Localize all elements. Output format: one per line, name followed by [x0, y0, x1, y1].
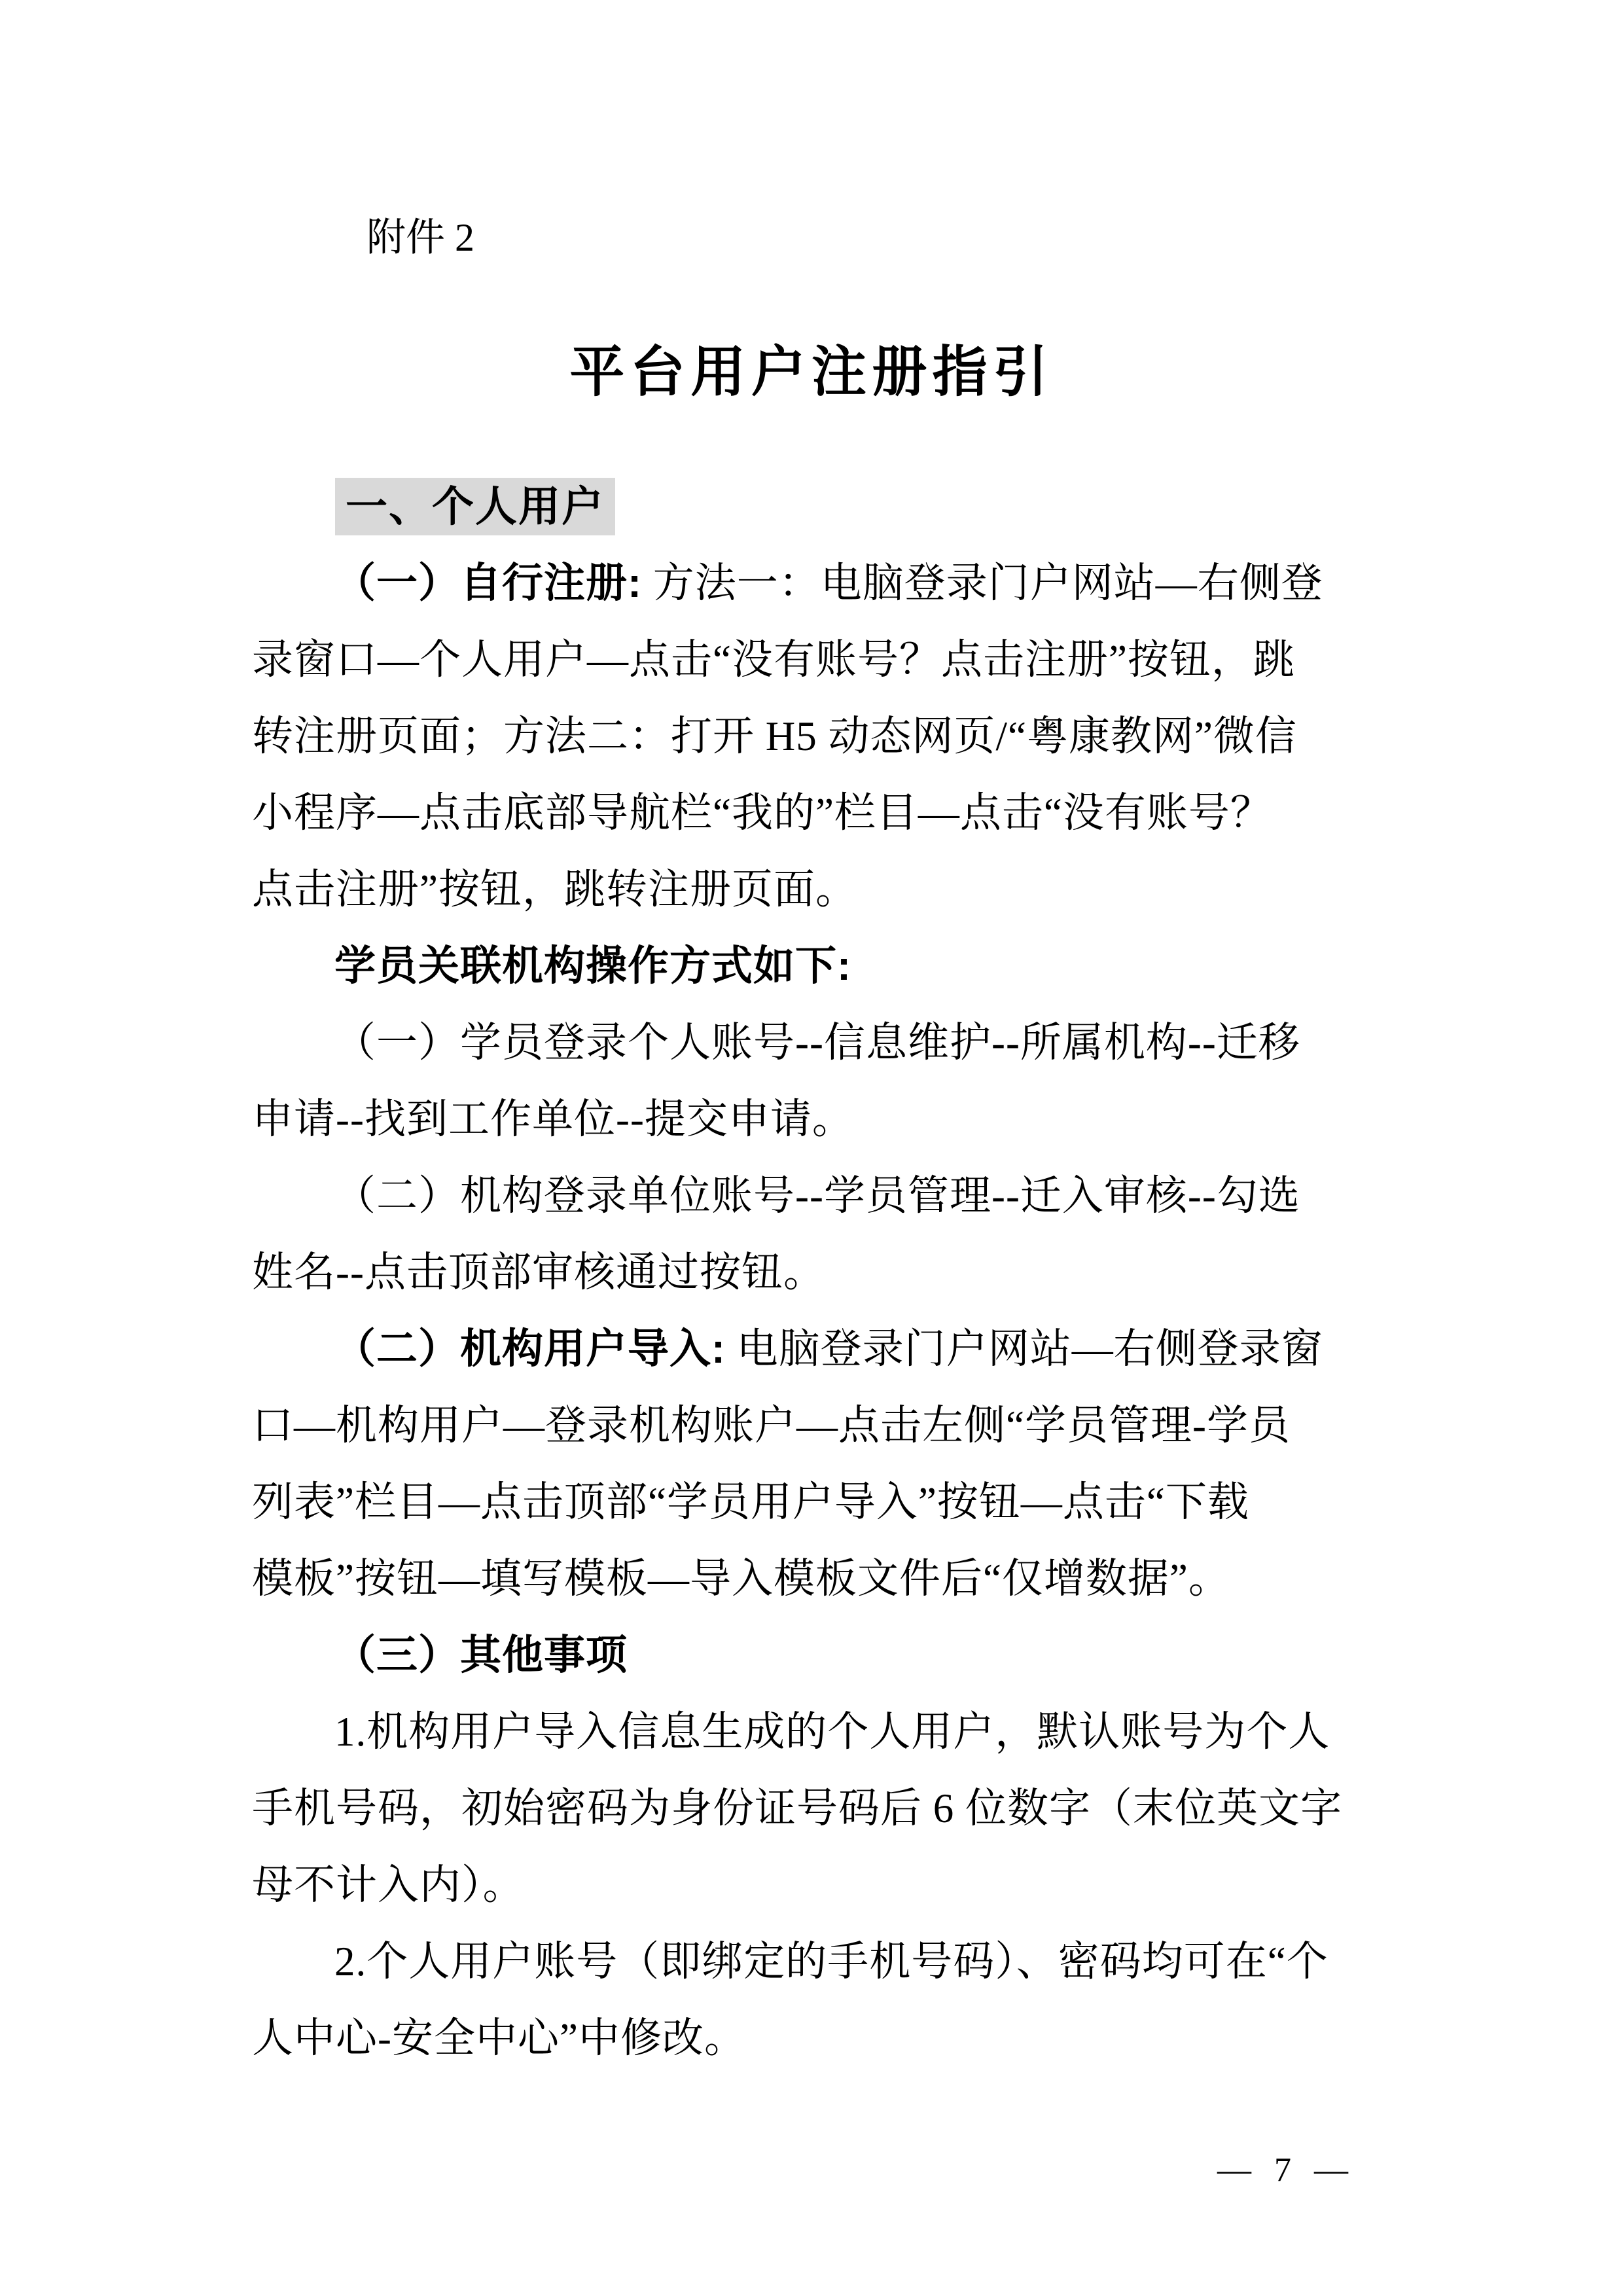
text-run: 模板”按钮—填写模板—导入模板文件后“仅增数据”。: [252, 1556, 1230, 1602]
body-line: 人中心-安全中心”中修改。: [252, 2000, 1423, 2077]
text-run: 方法一：电脑登录门户网站—右侧登: [642, 560, 1323, 606]
body-line: 点击注册”按钮，跳转注册页面。: [252, 852, 1423, 928]
section-heading-highlighted: 一、个人用户: [335, 478, 615, 535]
text-run: 点击注册”按钮，跳转注册页面。: [252, 867, 857, 912]
text-run: 录窗口—个人用户—点击“没有账号？点击注册”按钮，跳: [252, 637, 1295, 683]
text-run: 母不计入内）。: [252, 1862, 525, 1908]
text-run: 转注册页面；方法二：打开 H5 动态网页/“粤康教网”微信: [252, 713, 1297, 759]
text-run: 电脑登录门户网站—右侧登录窗: [726, 1326, 1323, 1372]
body-line: （三）其他事项: [252, 1617, 1423, 1694]
body-line: 列表”栏目—点击顶部“学员用户导入”按钮—点击“下载: [252, 1464, 1423, 1541]
body-line: 母不计入内）。: [252, 1847, 1423, 1924]
body-line: 2.个人用户账号（即绑定的手机号码）、密码均可在“个: [252, 1924, 1423, 2000]
body-line: 模板”按钮—填写模板—导入模板文件后“仅增数据”。: [252, 1541, 1423, 1617]
body-line: 口—机构用户—登录机构账户—点击左侧“学员管理-学员: [252, 1388, 1423, 1464]
bold-run: （三）其他事项: [334, 1632, 628, 1678]
body-line: 申请--找到工作单位--提交申请。: [252, 1081, 1423, 1158]
body-line: （二）机构用户导入: 电脑登录门户网站—右侧登录窗: [252, 1311, 1423, 1388]
text-run: （二）机构登录单位账号--学员管理--迁入审核--勾选: [334, 1173, 1300, 1219]
text-run: 口—机构用户—登录机构账户—点击左侧“学员管理-学员: [252, 1403, 1291, 1448]
bold-run: （二）机构用户导入:: [334, 1326, 726, 1372]
body-line: 手机号码，初始密码为身份证号码后 6 位数字（末位英文字: [252, 1770, 1423, 1847]
text-run: 1.机构用户导入信息生成的个人用户，默认账号为个人: [334, 1709, 1330, 1755]
body-line: （二）机构登录单位账号--学员管理--迁入审核--勾选: [252, 1158, 1423, 1234]
body-line: 转注册页面；方法二：打开 H5 动态网页/“粤康教网”微信: [252, 698, 1423, 775]
text-run: 列表”栏目—点击顶部“学员用户导入”按钮—点击“下载: [252, 1479, 1249, 1525]
document-title: 平台用户注册指引: [0, 338, 1623, 408]
body-line: 小程序—点击底部导航栏“我的”栏目—点击“没有账号？: [252, 775, 1423, 852]
text-run: 姓名--点击顶部审核通过按钮。: [252, 1249, 825, 1295]
text-run: 手机号码，初始密码为身份证号码后 6 位数字（末位英文字: [252, 1785, 1342, 1831]
text-run: 小程序—点击底部导航栏“我的”栏目—点击“没有账号？: [252, 790, 1272, 836]
body-line: 录窗口—个人用户—点击“没有账号？点击注册”按钮，跳: [252, 622, 1423, 698]
document-page: 附件 2 平台用户注册指引 一、个人用户 （一）自行注册: 方法一：电脑登录门户…: [0, 0, 1623, 2296]
body-line: 学员关联机构操作方式如下:: [252, 928, 1423, 1005]
body-line: （一）自行注册: 方法一：电脑登录门户网站—右侧登: [252, 545, 1423, 622]
bold-run: 学员关联机构操作方式如下:: [334, 943, 851, 989]
text-run: 2.个人用户账号（即绑定的手机号码）、密码均可在“个: [334, 1939, 1329, 1984]
page-number: — 7 —: [1217, 2149, 1348, 2191]
body-line: 姓名--点击顶部审核通过按钮。: [252, 1234, 1423, 1311]
text-run: 申请--找到工作单位--提交申请。: [252, 1096, 854, 1142]
body-line: 1.机构用户导入信息生成的个人用户，默认账号为个人: [252, 1694, 1423, 1770]
body-line: （一）学员登录个人账号--信息维护--所属机构--迁移: [252, 1005, 1423, 1081]
text-run: 人中心-安全中心”中修改。: [252, 2015, 746, 2061]
bold-run: （一）自行注册:: [334, 560, 642, 606]
text-run: （一）学员登录个人账号--信息维护--所属机构--迁移: [334, 1020, 1300, 1066]
attachment-label: 附件 2: [366, 215, 474, 260]
body-text: （一）自行注册: 方法一：电脑登录门户网站—右侧登 录窗口—个人用户—点击“没有…: [252, 545, 1423, 2077]
